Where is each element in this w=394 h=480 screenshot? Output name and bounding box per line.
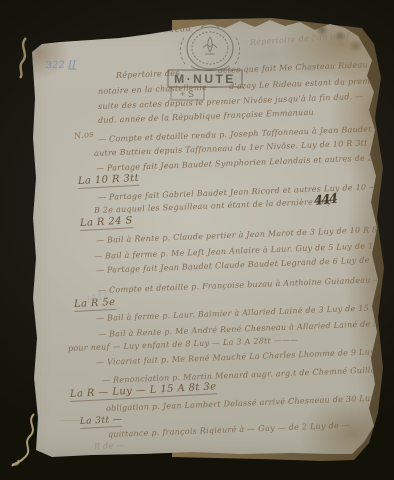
inventory-number-part: 322 bbox=[46, 60, 68, 71]
margin-number-note: N.os bbox=[73, 129, 94, 142]
entry-sum-line: La 3tt — bbox=[80, 415, 123, 429]
entry-sum-line: La R 24 S bbox=[80, 215, 133, 231]
blue-inventory-number: 322 II bbox=[46, 59, 76, 71]
preamble-line: dud. année de la République française Em… bbox=[98, 108, 314, 125]
top-right-annotation: Répertoire de l'an neuf bbox=[250, 31, 350, 47]
entry-line: quittance p. françois Riqieuré à — Guy —… bbox=[108, 421, 350, 439]
inventory-roman-part: II bbox=[68, 59, 76, 70]
entry-sum-line: La 10 R 3tt bbox=[78, 173, 140, 189]
entry-sum-line: R de — bbox=[94, 441, 125, 451]
photo-background: M·NUTE + S Chastelain A9re a azay Le Rid… bbox=[0, 0, 394, 480]
manuscript-sheet: M·NUTE + S Chastelain A9re a azay Le Rid… bbox=[22, 18, 378, 462]
entry-line: — Renonciation p. Martin Menard augr. ar… bbox=[102, 363, 394, 385]
faded-strike-mark: ——— bbox=[60, 415, 81, 425]
entry-sum-line: La R — Luy — L 15 A 8t 3e bbox=[70, 381, 217, 402]
entry-line: — Compte et detaille p. Françoise buzau … bbox=[98, 274, 394, 295]
heavy-ink-scribble: 444 bbox=[313, 192, 337, 209]
